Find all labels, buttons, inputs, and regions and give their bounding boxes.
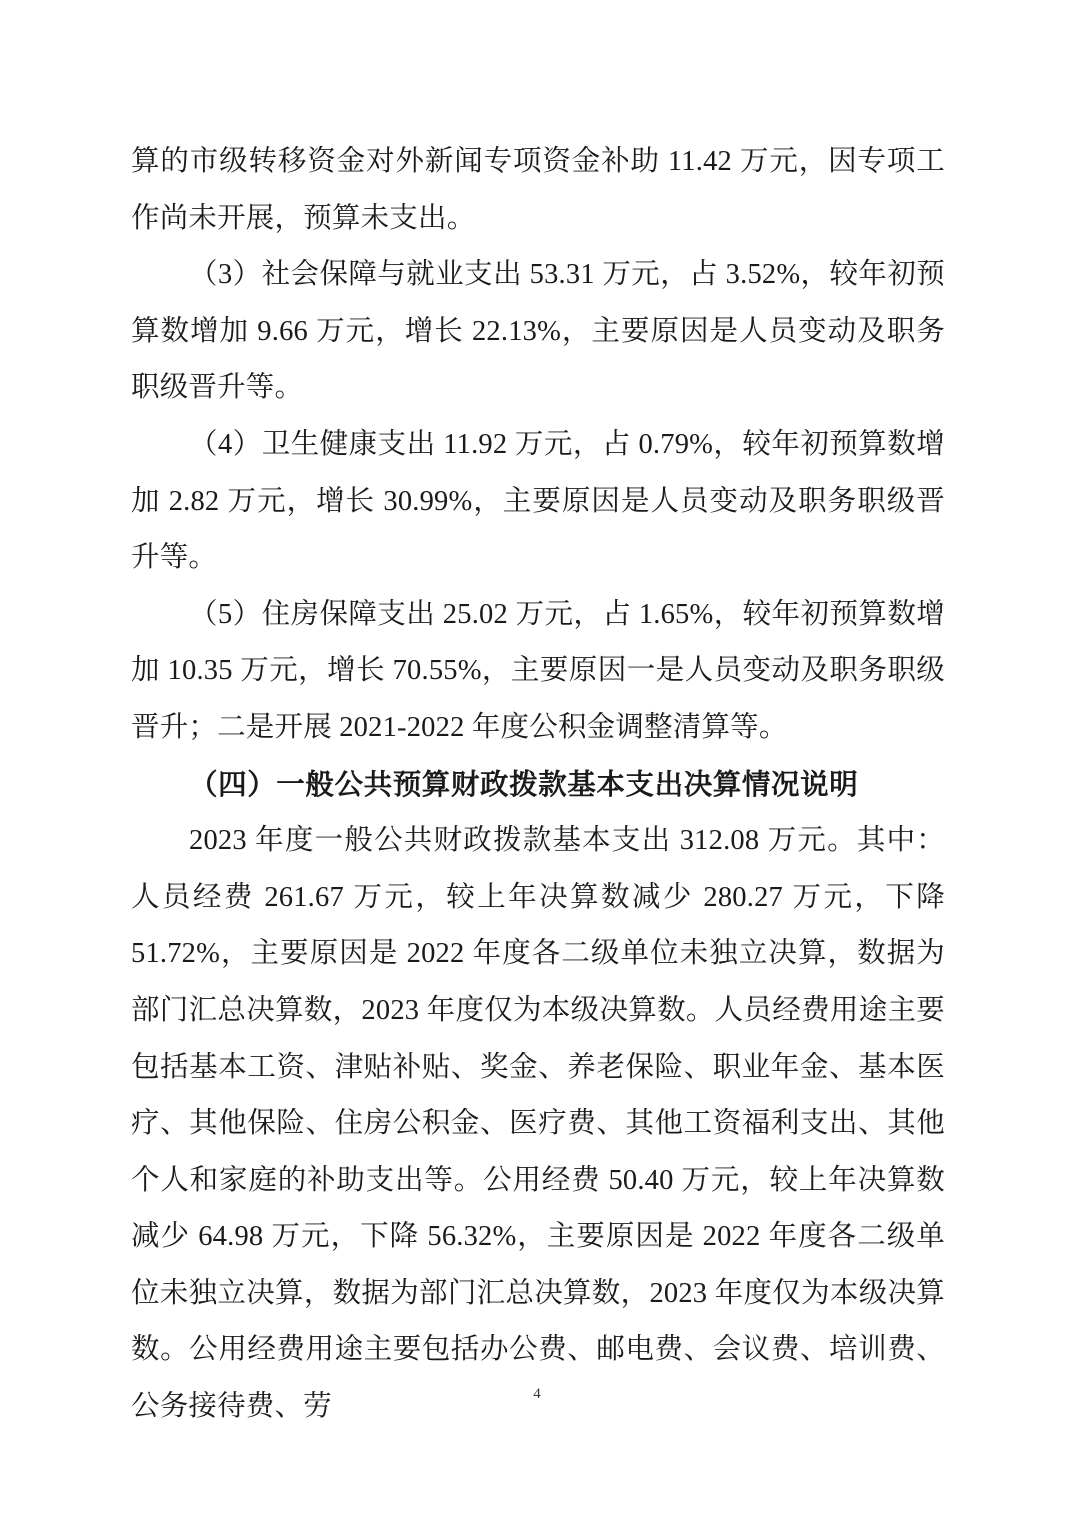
page-number: 4 [0,1386,1074,1403]
paragraph-social-security-expenditure: （3）社会保障与就业支出 53.31 万元，占 3.52%，较年初预算数增加 9… [131,247,945,417]
document-page: 算的市级转移资金对外新闻专项资金补助 11.42 万元，因专项工作尚未开展，预算… [131,134,945,1436]
paragraph-continuation: 算的市级转移资金对外新闻专项资金补助 11.42 万元，因专项工作尚未开展，预算… [131,134,945,247]
section-heading: （四）一般公共预算财政拨款基本支出决算情况说明 [131,757,945,814]
paragraph-basic-expenditure: 2023 年度一般公共财政拨款基本支出 312.08 万元。其中：人员经费 26… [131,813,945,1436]
paragraph-health-expenditure: （4）卫生健康支出 11.92 万元，占 0.79%，较年初预算数增加 2.82… [131,417,945,587]
paragraph-housing-expenditure: （5）住房保障支出 25.02 万元，占 1.65%，较年初预算数增加 10.3… [131,587,945,757]
